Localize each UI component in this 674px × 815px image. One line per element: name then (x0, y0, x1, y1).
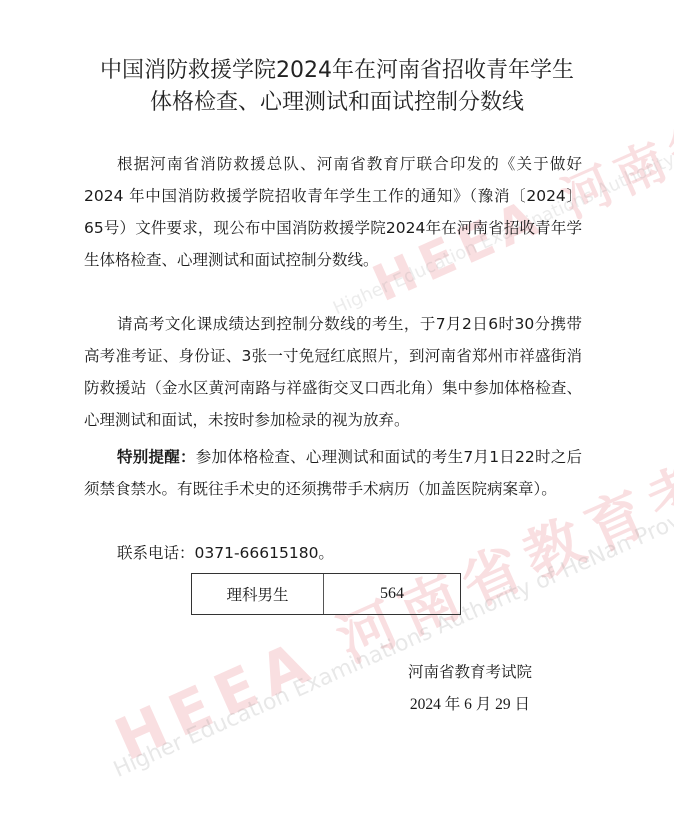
signature-organization: 河南省教育考试院 (380, 660, 560, 682)
reminder-label: 特别提醒： (117, 448, 196, 466)
score-value-cell: 564 (324, 574, 460, 614)
watermark-en: Higher Education Examinations Authority … (110, 490, 674, 783)
score-table: 理科男生 564 (191, 573, 461, 615)
signature-date: 2024 年 6 月 29 日 (380, 692, 560, 714)
document-title-line2: 体格检查、心理测试和面试控制分数线 (0, 86, 674, 120)
paragraph-reminder: 特别提醒：参加体格检查、心理测试和面试的考生7月1日22时之后须禁食禁水。有既往… (84, 441, 582, 505)
paragraph-intro: 根据河南省消防救援总队、河南省教育厅联合印发的《关于做好 2024 年中国消防救… (84, 148, 582, 276)
contact-phone: 联系电话：0371-66615180。 (84, 537, 582, 569)
score-category-cell: 理科男生 (192, 574, 324, 614)
paragraph-instructions: 请高考文化课成绩达到控制分数线的考生，于7月2日6时30分携带高考准考证、身份证… (84, 308, 582, 436)
document-title-line1: 中国消防救援学院2024年在河南省招收青年学生 (0, 54, 674, 88)
